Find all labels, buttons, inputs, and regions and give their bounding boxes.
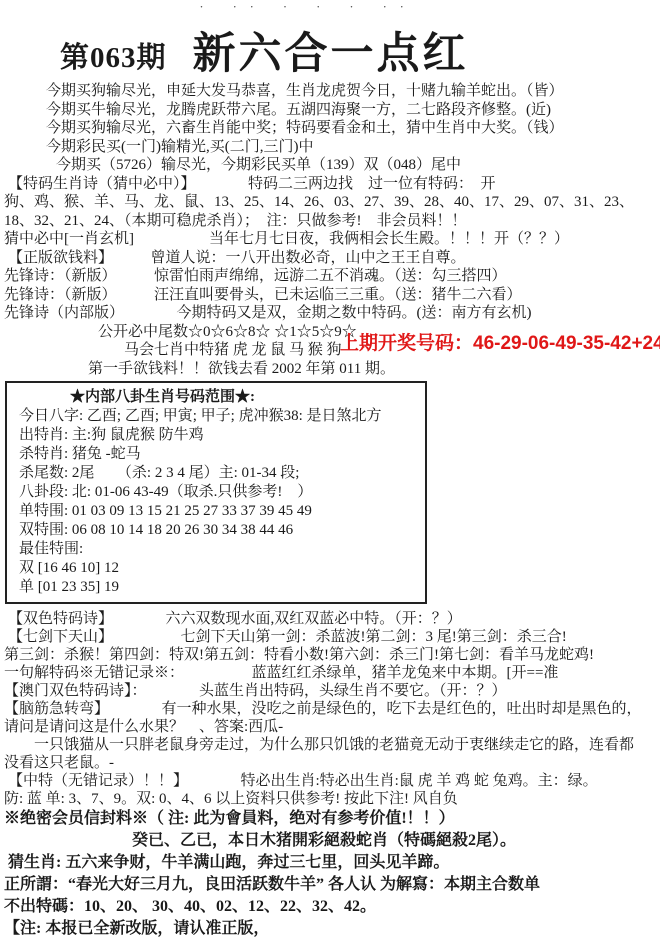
bagua-range-box: ★内部八卦生肖号码范围★:今日八字: 乙酉; 乙酉; 甲寅; 甲子; 虎冲猴38… — [5, 381, 427, 604]
text-line: 防: 蓝 单: 3、7、9。双: 0、4、6 以上资料只供参考! 按此下注! 风… — [0, 790, 660, 808]
text-line: 单 [01 23 35] 19 — [15, 578, 417, 597]
text-line: 一句解特码※无错记录※： 蓝蓝红红杀绿单，猪羊龙兔来中本期。[开==准 — [0, 664, 660, 682]
text-line: 先锋诗：（新版） 惊雷怕雨声绵绵，远游二五不消魂。（送：勾三搭四） — [0, 267, 660, 286]
text-line: 单特围: 01 03 09 13 15 21 25 27 33 37 39 45… — [15, 502, 417, 521]
text-line: ★内部八卦生肖号码范围★: — [15, 388, 417, 407]
text-line: 请问是请问这是什么水果？ 、答案:西瓜- — [0, 718, 660, 736]
text-line: 【特码生肖诗（猜中必中）】 特码二三两边找 过一位有特码： 开 — [0, 175, 660, 194]
text-line: 今期彩民买(一门)输精光,买(二门,三门)中 — [0, 138, 660, 157]
text-line: 没看这只老鼠。- — [0, 754, 660, 772]
text-line: 最佳特围: — [15, 540, 417, 559]
text-line: 【中特（无错记录）！！】 特必出生肖:特必出生肖:鼠 虎 羊 鸡 蛇 兔鸡。主：… — [0, 772, 660, 790]
text-line: 【正版欲钱料】 曾道人说：一八开出数必奇，山中之王王自尊。 — [0, 249, 660, 268]
text-line: 18、32、21、24、（本期可稳虎杀肖）； 注：只做参考! 非会员料！！ — [0, 212, 660, 231]
text-line: 杀特肖: 猪兔 -蛇马 — [15, 445, 417, 464]
text-line: 八卦段: 北: 01-06 43-49（取杀.只供参考! ） — [15, 483, 417, 502]
text-line: 【澳门双色特码诗】： 头蓝生肖出特码，头绿生肖不要它。（开：？） — [0, 682, 660, 700]
text-line: 先锋诗：（新版） 汪汪直叫要骨头，已未运临三三重。（送：猪牛二六看） — [0, 286, 660, 305]
text-line: 今期买牛输尽光，龙腾虎跃带六尾。五湖四海聚一方，二七路段齐修整。(近) — [0, 101, 660, 120]
lottery-sheet-page: { "page": { "issue": "第063期", "title": "… — [0, 0, 660, 945]
text-line: 【注: 本报已全新改版，请认准正版， — [0, 918, 660, 940]
text-line: 今期买（5726）输尽光，今期彩民买单（139）双（048）尾中 — [0, 156, 660, 175]
text-line: 杀尾数: 2尾 （杀: 2 3 4 尾）主: 01-34 段; — [15, 464, 417, 483]
text-line: 狗、鸡、猴、羊、马、龙、鼠、13、25、14、26、03、27、39、28、40… — [0, 193, 660, 212]
text-line: 【脑筋急转弯】 有一种水果，没吃之前是绿色的，吃下去是红色的，吐出时却是黑色的， — [0, 700, 660, 718]
text-line: 【双色特码诗】 六六双数现水面,双红双蓝必中特。（开：？） — [0, 610, 660, 628]
text-line: 猜中必中[一肖玄机] 当年七月七日夜，我俩相会长生殿。！！！开（？？） — [0, 230, 660, 249]
text-line: 今期买狗输尽光，六畜生肖能中奖；特码要看金和土，猜中生肖中大奖。（钱） — [0, 119, 660, 138]
poems-section: 【双色特码诗】 六六双数现水面,双红双蓝必中特。（开：？）【七剑下天山】 七剑下… — [0, 610, 660, 940]
issue-number: 第063期 — [60, 35, 167, 76]
text-line: 【七剑下天山】 七剑下天山第一剑：杀蓝波!第二剑：3 尾!第三剑：杀三合! — [0, 628, 660, 646]
text-line: 癸已、乙已，本日木猪開彩絕殺蛇肖（特碼絕殺2尾）。 — [0, 830, 660, 852]
top-clipped-fragments: · ·· · · · ·· — [0, 2, 660, 12]
text-line: 双 [16 46 10] 12 — [15, 559, 417, 578]
text-line: 一只饿猫从一只胖老鼠身旁走过，为什么那只饥饿的老猫竟无动于衷继续走它的路，连看都 — [0, 736, 660, 754]
text-line: 不出特碼：10、20、 30、40、02、12、22、32、42。 — [0, 896, 660, 918]
text-line: 第一手欲钱料！！欲钱去看 2002 年第 011 期。 — [0, 360, 660, 379]
last-draw-result: 上期开奖号码：46-29-06-49-35-42+24 — [340, 328, 660, 355]
text-line: 今期买狗输尽光，申延大发马恭喜，生肖龙虎贺今日，十赌九输羊蛇出。（皆） — [0, 82, 660, 101]
text-line: 先锋诗（内部版） 今期特码又是双，金期之数中特码。(送：南方有玄机) — [0, 304, 660, 323]
paper-title: 新六合一点红 — [193, 33, 469, 76]
text-line: 今日八字: 乙酉; 乙酉; 甲寅; 甲子; 虎冲猴38: 是日煞北方 — [15, 407, 417, 426]
text-line: ※绝密会员信封料※（ 注: 此为會員料，绝对有参考价值!！！） — [0, 808, 660, 830]
masthead: 第063期 新六合一点红 — [0, 20, 660, 76]
text-line: 双特围: 06 08 10 14 18 20 26 30 34 38 44 46 — [15, 521, 417, 540]
text-line: 出特肖: 主:狗 鼠虎猴 防牛鸡 — [15, 426, 417, 445]
text-line: 正所謂：“春光大好三月九，良田活跃数牛羊” 各人认 为解寫：本期主合数单 — [0, 874, 660, 896]
text-line: 猜生肖: 五六来争财，牛羊满山跑，奔过三七里，回头见羊蹄。 — [0, 852, 660, 874]
text-line: 第三剑：杀猴！第四剑：特双!第五剑：特看小数!第六剑：杀三门!第七剑：看羊马龙蛇… — [0, 646, 660, 664]
